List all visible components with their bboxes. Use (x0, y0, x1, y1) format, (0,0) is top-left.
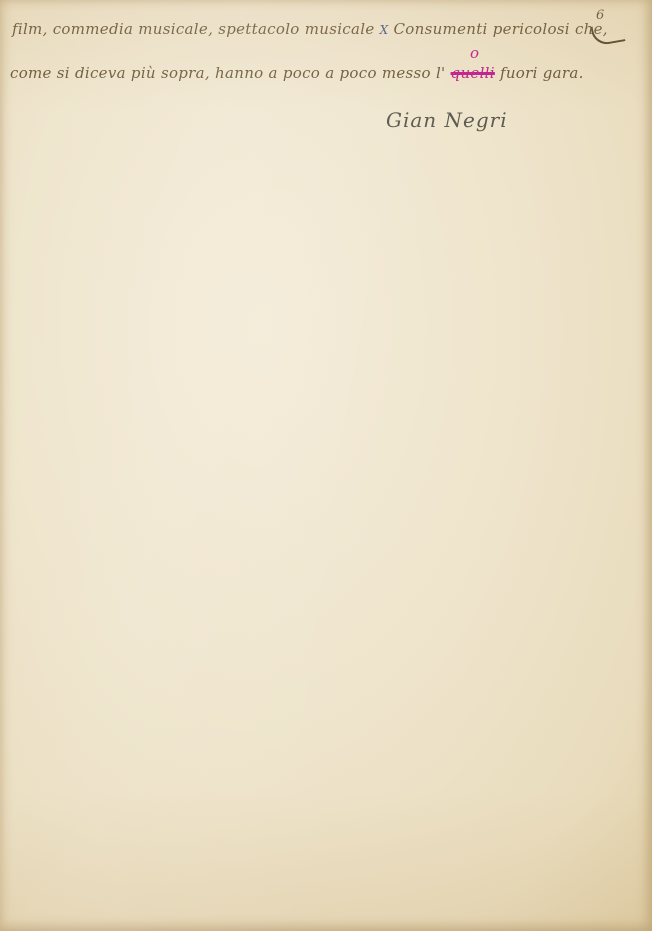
text-line-1: film, commedia musicale, spettacolo musi… (12, 20, 608, 38)
signature: Gian Negri (386, 108, 508, 132)
text-line-2-start: come si diceva più sopra, hanno a poco a… (10, 64, 445, 82)
text-line-2-end: fuori gara. (500, 64, 584, 82)
manuscript-page: 6 film, commedia musicale, spettacolo mu… (0, 0, 652, 931)
struck-word: quelli (451, 64, 495, 82)
insertion-mark: X (380, 23, 389, 37)
text-line-1-end: Consumenti pericolosi che, (394, 20, 608, 38)
text-line-2: come si diceva più sopra, hanno a poco a… (10, 64, 584, 82)
text-line-1-start: film, commedia musicale, spettacolo musi… (12, 20, 375, 38)
correction-insert: o (470, 44, 479, 62)
